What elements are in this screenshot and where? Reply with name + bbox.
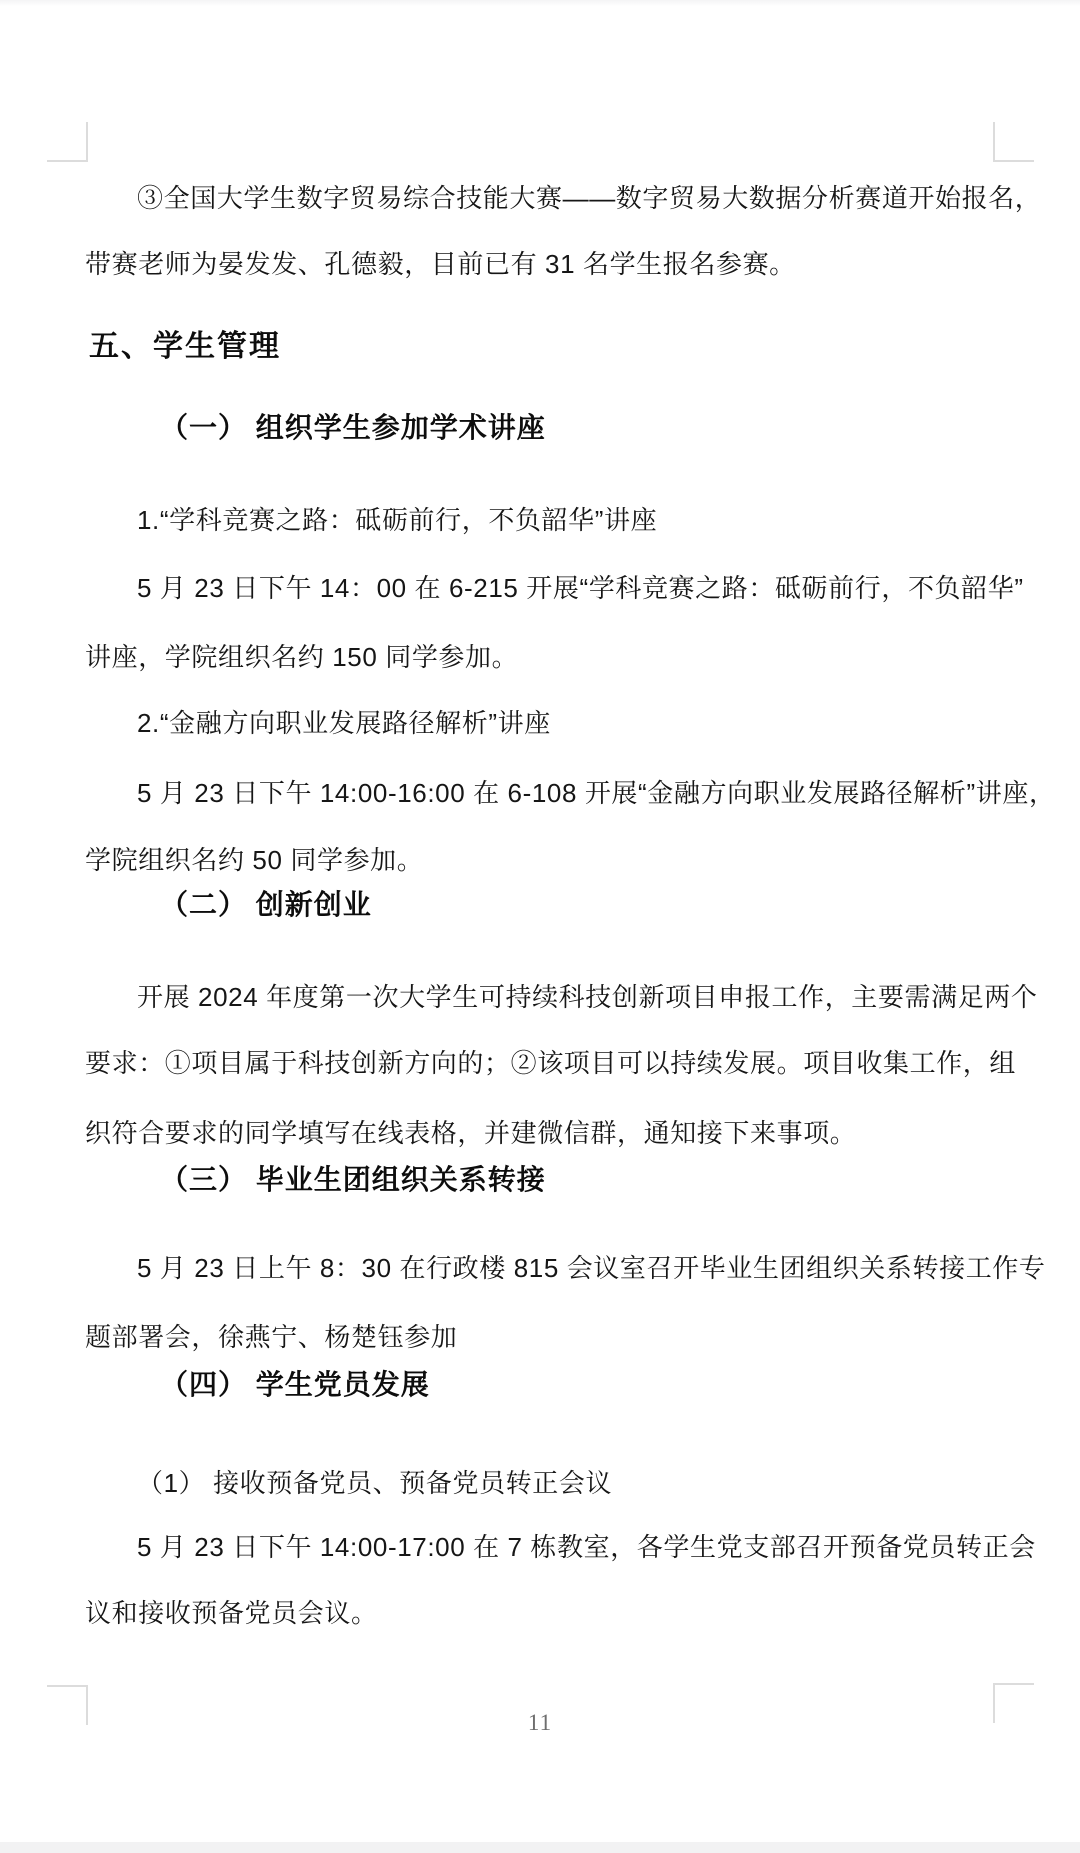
paragraph-line: 5 月 23 日上午 8：30 在行政楼 815 会议室召开毕业生团组织关系转接… [137, 1253, 1046, 1283]
subsection-heading: （二） 创新创业 [160, 889, 372, 921]
paragraph-line: （1） 接收预备党员、预备党员转正会议 [137, 1468, 612, 1498]
paragraph-line: 5 月 23 日下午 14:00-17:00 在 7 栋教室，各学生党支部召开预… [137, 1532, 1036, 1562]
crop-mark-top-left [47, 122, 88, 162]
document-page: ③全国大学生数字贸易综合技能大赛——数字贸易大数据分析赛道开始报名， 带赛老师为… [0, 0, 1080, 1853]
crop-mark-top-right [993, 122, 1034, 162]
section-heading: 五、学生管理 [89, 330, 281, 364]
paragraph-line: 带赛老师为晏发发、孔德毅，目前已有 31 名学生报名参赛。 [85, 249, 796, 279]
subsection-heading: （三） 毕业生团组织关系转接 [160, 1164, 546, 1196]
paragraph-line: 织符合要求的同学填写在线表格，并建微信群，通知接下来事项。 [85, 1118, 856, 1148]
page-bottom-edge [0, 1842, 1080, 1853]
page-top-edge [0, 0, 1080, 6]
subsection-heading: （四） 学生党员发展 [160, 1369, 430, 1401]
subsection-heading: （一） 组织学生参加学术讲座 [160, 412, 546, 444]
paragraph-line: 2.“金融方向职业发展路径解析”讲座 [137, 708, 551, 738]
paragraph-line: 讲座，学院组织名约 150 同学参加。 [85, 642, 518, 672]
paragraph-line: 要求：①项目属于科技创新方向的；②该项目可以持续发展。项目收集工作，组 [85, 1048, 1016, 1078]
paragraph-line: 开展 2024 年度第一次大学生可持续科技创新项目申报工作，主要需满足两个 [137, 982, 1038, 1012]
paragraph-line: 学院组织名约 50 同学参加。 [85, 845, 423, 875]
paragraph-line: ③全国大学生数字贸易综合技能大赛——数字贸易大数据分析赛道开始报名， [137, 183, 1041, 213]
paragraph-line: 议和接收预备党员会议。 [85, 1598, 378, 1628]
paragraph-line: 5 月 23 日下午 14:00-16:00 在 6-108 开展“金融方向职业… [137, 778, 1056, 808]
paragraph-line: 题部署会，徐燕宁、杨楚钰参加 [85, 1322, 457, 1352]
paragraph-line: 5 月 23 日下午 14：00 在 6-215 开展“学科竞赛之路：砥砺前行，… [137, 573, 1024, 603]
page-number: 11 [0, 1710, 1080, 1736]
paragraph-line: 1.“学科竞赛之路：砥砺前行，不负韶华”讲座 [137, 505, 657, 535]
